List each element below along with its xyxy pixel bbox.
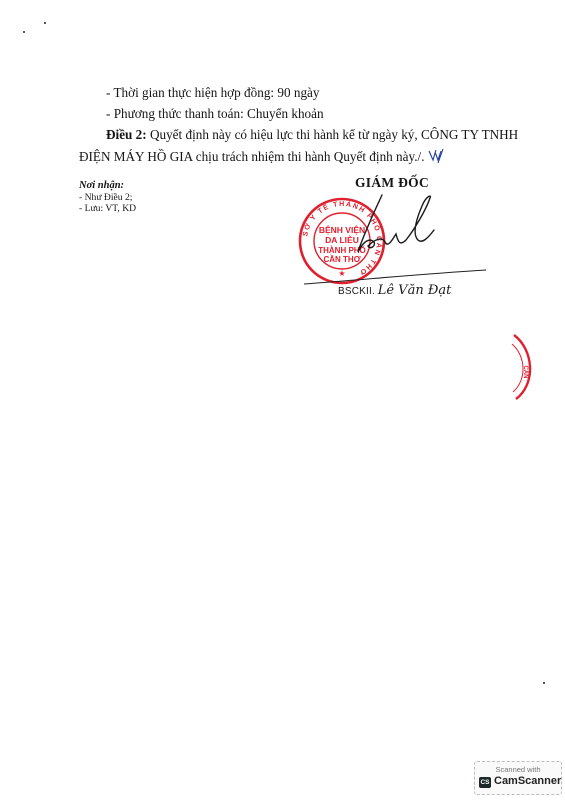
watermark-caption: Scanned with	[475, 765, 561, 774]
payment-method-line: - Phương thức thanh toán: Chuyển khoản	[106, 106, 324, 122]
signer-prefix: BSCKII.	[338, 286, 375, 297]
recipient-item: - Lưu: VT, KD	[79, 203, 136, 214]
article-2-line1: Điều 2: Quyết định này có hiệu lực thi h…	[106, 127, 518, 143]
scan-speck	[23, 31, 25, 33]
contract-duration-line: - Thời gian thực hiện hợp đồng: 90 ngày	[106, 85, 320, 101]
camscanner-watermark: Scanned with CS CamScanner	[474, 761, 562, 795]
initials-icon	[427, 148, 445, 164]
recipients-title: Nơi nhận:	[79, 180, 124, 191]
handwritten-signature-icon	[330, 190, 450, 265]
signature-title: GIÁM ĐỐC	[355, 175, 429, 191]
scan-speck	[543, 682, 545, 684]
svg-text:CẦN: CẦN	[522, 366, 529, 379]
edge-stamp-icon: CẦN	[510, 332, 540, 402]
article-2-label: Điều 2:	[106, 127, 147, 142]
article-2-line2: ĐIỆN MÁY HỒ GIA chịu trách nhiệm thi hàn…	[79, 148, 445, 165]
watermark-brand: CamScanner	[494, 775, 561, 787]
signer-fullname: Lê Văn Đạt	[378, 283, 452, 298]
scan-speck	[44, 22, 46, 24]
signer-name: BSCKII. Lê Văn Đạt	[338, 283, 451, 298]
article-2-text: Quyết định này có hiệu lực thi hành kể t…	[147, 127, 519, 142]
article-2-text-2: ĐIỆN MÁY HỒ GIA chịu trách nhiệm thi hàn…	[79, 149, 425, 164]
recipient-item: - Như Điều 2;	[79, 192, 132, 203]
camscanner-logo-icon: CS	[479, 777, 491, 788]
